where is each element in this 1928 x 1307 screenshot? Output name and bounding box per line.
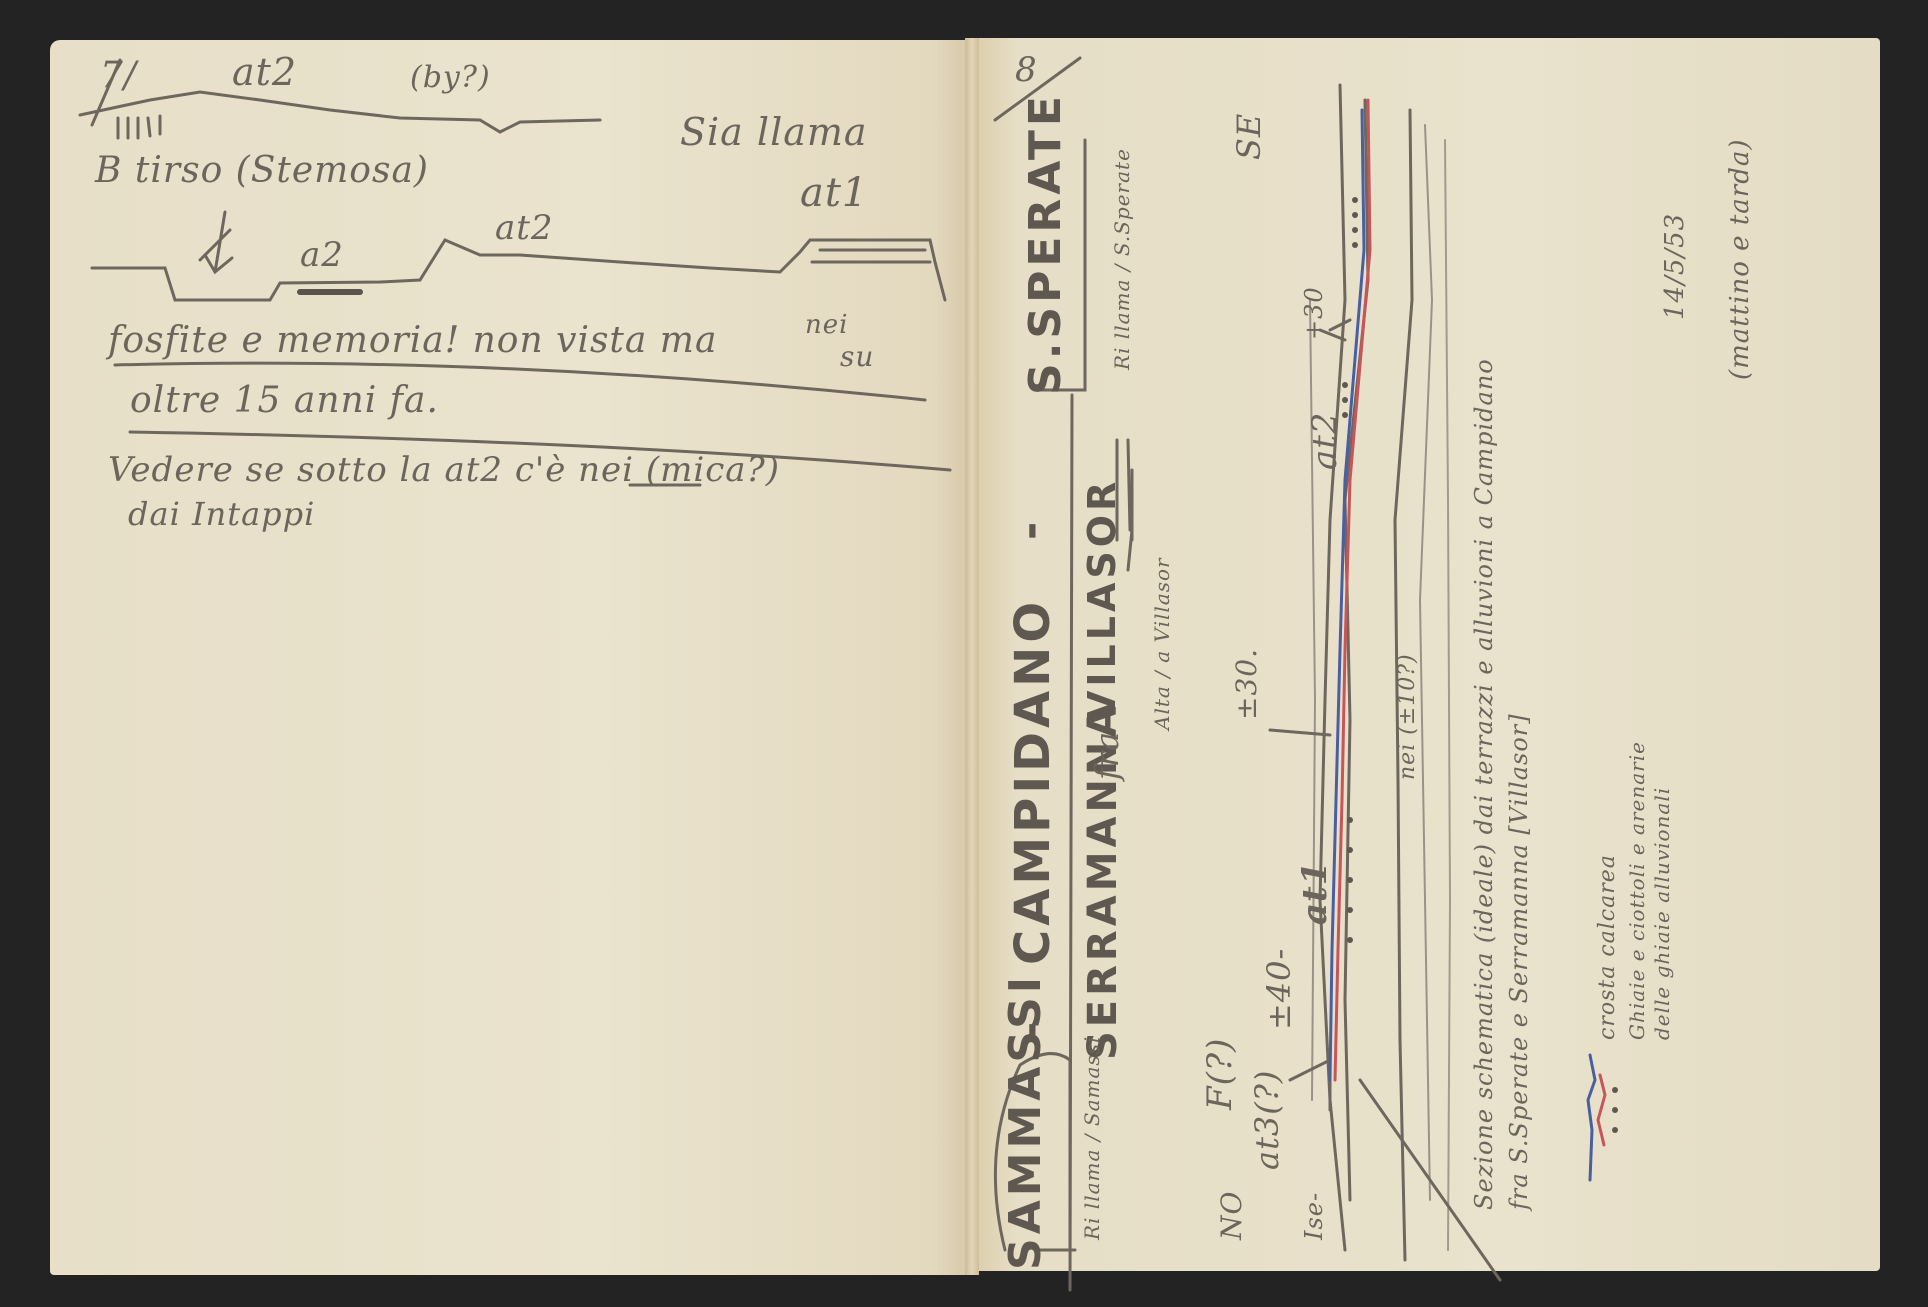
note-at1: at1 bbox=[1295, 861, 1335, 925]
legend-note-2: fra S.Sperate e Serramanna [Villasor] bbox=[1505, 713, 1533, 1210]
note-plus-40: ±40- bbox=[1260, 948, 1298, 1030]
note-plus-30: ±30. bbox=[1230, 648, 1263, 720]
ammassi-subnote: Ri llama / Samassi bbox=[1080, 1036, 1104, 1240]
sketch-top-profile bbox=[80, 60, 600, 132]
arrow-down-icon bbox=[205, 212, 232, 272]
right-page-number: 8 bbox=[1015, 50, 1038, 90]
note-line-4: dai Intappi bbox=[128, 495, 315, 533]
subtitle-fra: fra bbox=[1088, 731, 1126, 780]
note-line-1: fosfite e memoria! non vista ma bbox=[108, 320, 717, 361]
note-at3: at3(?) bbox=[1248, 1070, 1286, 1170]
note-line-3: Vedere se sotto la at2 c'è nei (mica?) bbox=[108, 450, 780, 490]
sketch-label-at2: at2 bbox=[232, 50, 297, 94]
note-line-2: oltre 15 anni fa. bbox=[130, 380, 439, 421]
date-label: 14/5/53 bbox=[1660, 213, 1690, 320]
title-dash-1: - bbox=[1005, 1018, 1056, 1040]
note-tail: su bbox=[840, 340, 874, 373]
sia-llama-label: Sia llama bbox=[680, 110, 868, 154]
legend-note-4: Ghiaie e ciottoli e arenarie bbox=[1625, 741, 1649, 1040]
title-dash-2: - bbox=[1005, 518, 1056, 540]
note-at2: at2 bbox=[1305, 411, 1345, 470]
pencil-sketches bbox=[0, 0, 1928, 1307]
sketch-label-paren: (by?) bbox=[410, 60, 491, 95]
left-page-number: 7/ bbox=[100, 55, 137, 96]
title-s-sperate: S.SPERATE bbox=[1020, 92, 1071, 395]
note-f-q: F(?) bbox=[1200, 1038, 1240, 1110]
note-nei-10: nei (±10?) bbox=[1395, 653, 1420, 780]
direction-no: NO bbox=[1215, 1191, 1248, 1240]
legend-note-1: Sezione schematica (ideale) dai terrazzi… bbox=[1470, 358, 1498, 1210]
title-campidano: CAMPIDANO bbox=[1005, 598, 1061, 965]
profile-label-a2: a2 bbox=[300, 235, 344, 275]
direction-se: SE bbox=[1230, 113, 1268, 160]
note-ise: Ise- bbox=[1300, 1192, 1328, 1240]
notebook-spread: 7/ at2 (by?) B tirso (Stemosa) Sia llama… bbox=[0, 0, 1928, 1307]
legend-note-3: crosta calcarea bbox=[1595, 854, 1620, 1040]
note-superscript: nei bbox=[805, 310, 848, 340]
subtitle-villasor: VILLASOR bbox=[1080, 478, 1124, 720]
villasor-subnote: Alta / a Villasor bbox=[1150, 557, 1174, 730]
tirso-line: B tirso (Stemosa) bbox=[95, 150, 429, 191]
at1-label: at1 bbox=[800, 170, 868, 216]
profile-label-at2: at2 bbox=[495, 208, 554, 248]
note-plus-30b: +30 bbox=[1300, 286, 1328, 340]
legend-note-5: delle ghiaie alluvionali bbox=[1650, 787, 1674, 1040]
date-note: (mattino e tarda) bbox=[1725, 139, 1755, 381]
sperate-subnote: Ri llama / S.Sperate bbox=[1110, 148, 1134, 370]
